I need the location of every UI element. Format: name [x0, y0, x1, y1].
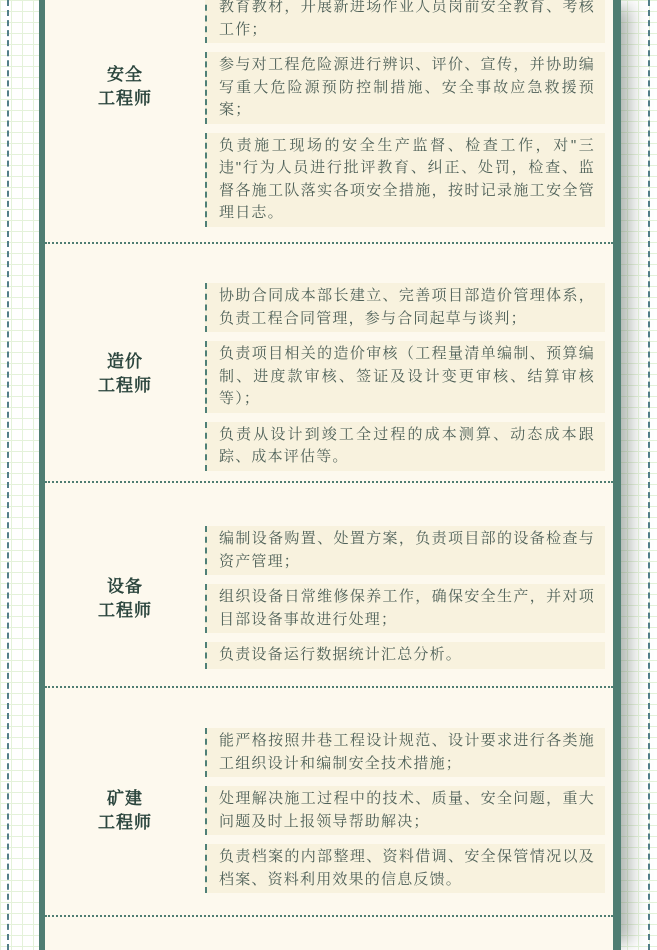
- role-title-cost: 造价 工程师: [45, 255, 205, 483]
- role-title-line: 安全: [107, 63, 143, 87]
- duty-list: 编制设备购置、处置方案，负责项目部的设备检查与资产管理； 组织设备日常维修保养工…: [205, 483, 613, 685]
- duty-list: 能严格按照井巷工程设计规范、设计要求进行各类施工组织设计和编制安全技术措施； 处…: [205, 688, 613, 915]
- role-title-equipment: 设备 工程师: [45, 497, 205, 687]
- role-title-line: 造价: [107, 350, 143, 374]
- content-panel: 安全 工程师 教育教材，开展新进场作业人员岗前安全教育、考核工作； 参与对工程危…: [39, 0, 621, 950]
- section-equipment-engineer: 设备 工程师 编制设备购置、处置方案，负责项目部的设备检查与资产管理； 组织设备…: [45, 483, 613, 687]
- duty-item: 组织设备日常维修保养工作，确保安全生产，并对项目部设备事故进行处理；: [205, 584, 605, 633]
- role-title-line: 工程师: [98, 599, 152, 623]
- notebook-dashed-line-left: [7, 0, 9, 950]
- role-title-line: 工程师: [98, 811, 152, 835]
- duty-item: 能严格按照井巷工程设计规范、设计要求进行各类施工组织设计和编制安全技术措施；: [205, 728, 605, 777]
- section-next-partial: [45, 917, 613, 950]
- duty-item: 处理解决施工过程中的技术、质量、安全问题，重大问题及时上报领导帮助解决；: [205, 786, 605, 835]
- role-title-line: 工程师: [98, 87, 152, 111]
- duty-item: 负责档案的内部整理、资料借调、安全保管情况以及档案、资料利用效果的信息反馈。: [205, 844, 605, 893]
- duty-item: 负责施工现场的安全生产监督、检查工作，对"三违"行为人员进行批评教育、纠正、处罚…: [205, 133, 605, 227]
- role-title-line: 工程师: [98, 374, 152, 398]
- duty-item: 教育教材，开展新进场作业人员岗前安全教育、考核工作；: [205, 0, 605, 43]
- duty-item: 参与对工程危险源进行辨识、评价、宣传，并协助编写重大危险源预防控制措施、安全事故…: [205, 52, 605, 124]
- duty-item: 负责从设计到竣工全过程的成本测算、动态成本跟踪、成本评估等。: [205, 422, 605, 471]
- section-safety-engineer: 安全 工程师 教育教材，开展新进场作业人员岗前安全教育、考核工作； 参与对工程危…: [45, 0, 613, 244]
- notebook-dashed-line-right: [648, 0, 650, 950]
- role-title-mining: 矿建 工程师: [45, 698, 205, 917]
- duty-item: 负责设备运行数据统计汇总分析。: [205, 642, 605, 669]
- role-title-line: 矿建: [107, 787, 143, 811]
- duty-list: 教育教材，开展新进场作业人员岗前安全教育、考核工作； 参与对工程危险源进行辨识、…: [205, 0, 613, 242]
- section-mining-construction-engineer: 矿建 工程师 能严格按照井巷工程设计规范、设计要求进行各类施工组织设计和编制安全…: [45, 688, 613, 917]
- duty-item: 编制设备购置、处置方案，负责项目部的设备检查与资产管理；: [205, 526, 605, 575]
- duty-item: 负责项目相关的造价审核（工程量清单编制、预算编制、进度款审核、签证及设计变更审核…: [205, 341, 605, 413]
- duty-list: 协助合同成本部长建立、完善项目部造价管理体系，负责工程合同管理，参与合同起草与谈…: [205, 244, 613, 481]
- role-title-safety: 安全 工程师: [45, 0, 205, 208]
- role-title-line: 设备: [107, 575, 143, 599]
- page-background: 安全 工程师 教育教材，开展新进场作业人员岗前安全教育、考核工作； 参与对工程危…: [0, 0, 657, 950]
- duty-item: 协助合同成本部长建立、完善项目部造价管理体系，负责工程合同管理，参与合同起草与谈…: [205, 283, 605, 332]
- section-cost-engineer: 造价 工程师 协助合同成本部长建立、完善项目部造价管理体系，负责工程合同管理，参…: [45, 244, 613, 483]
